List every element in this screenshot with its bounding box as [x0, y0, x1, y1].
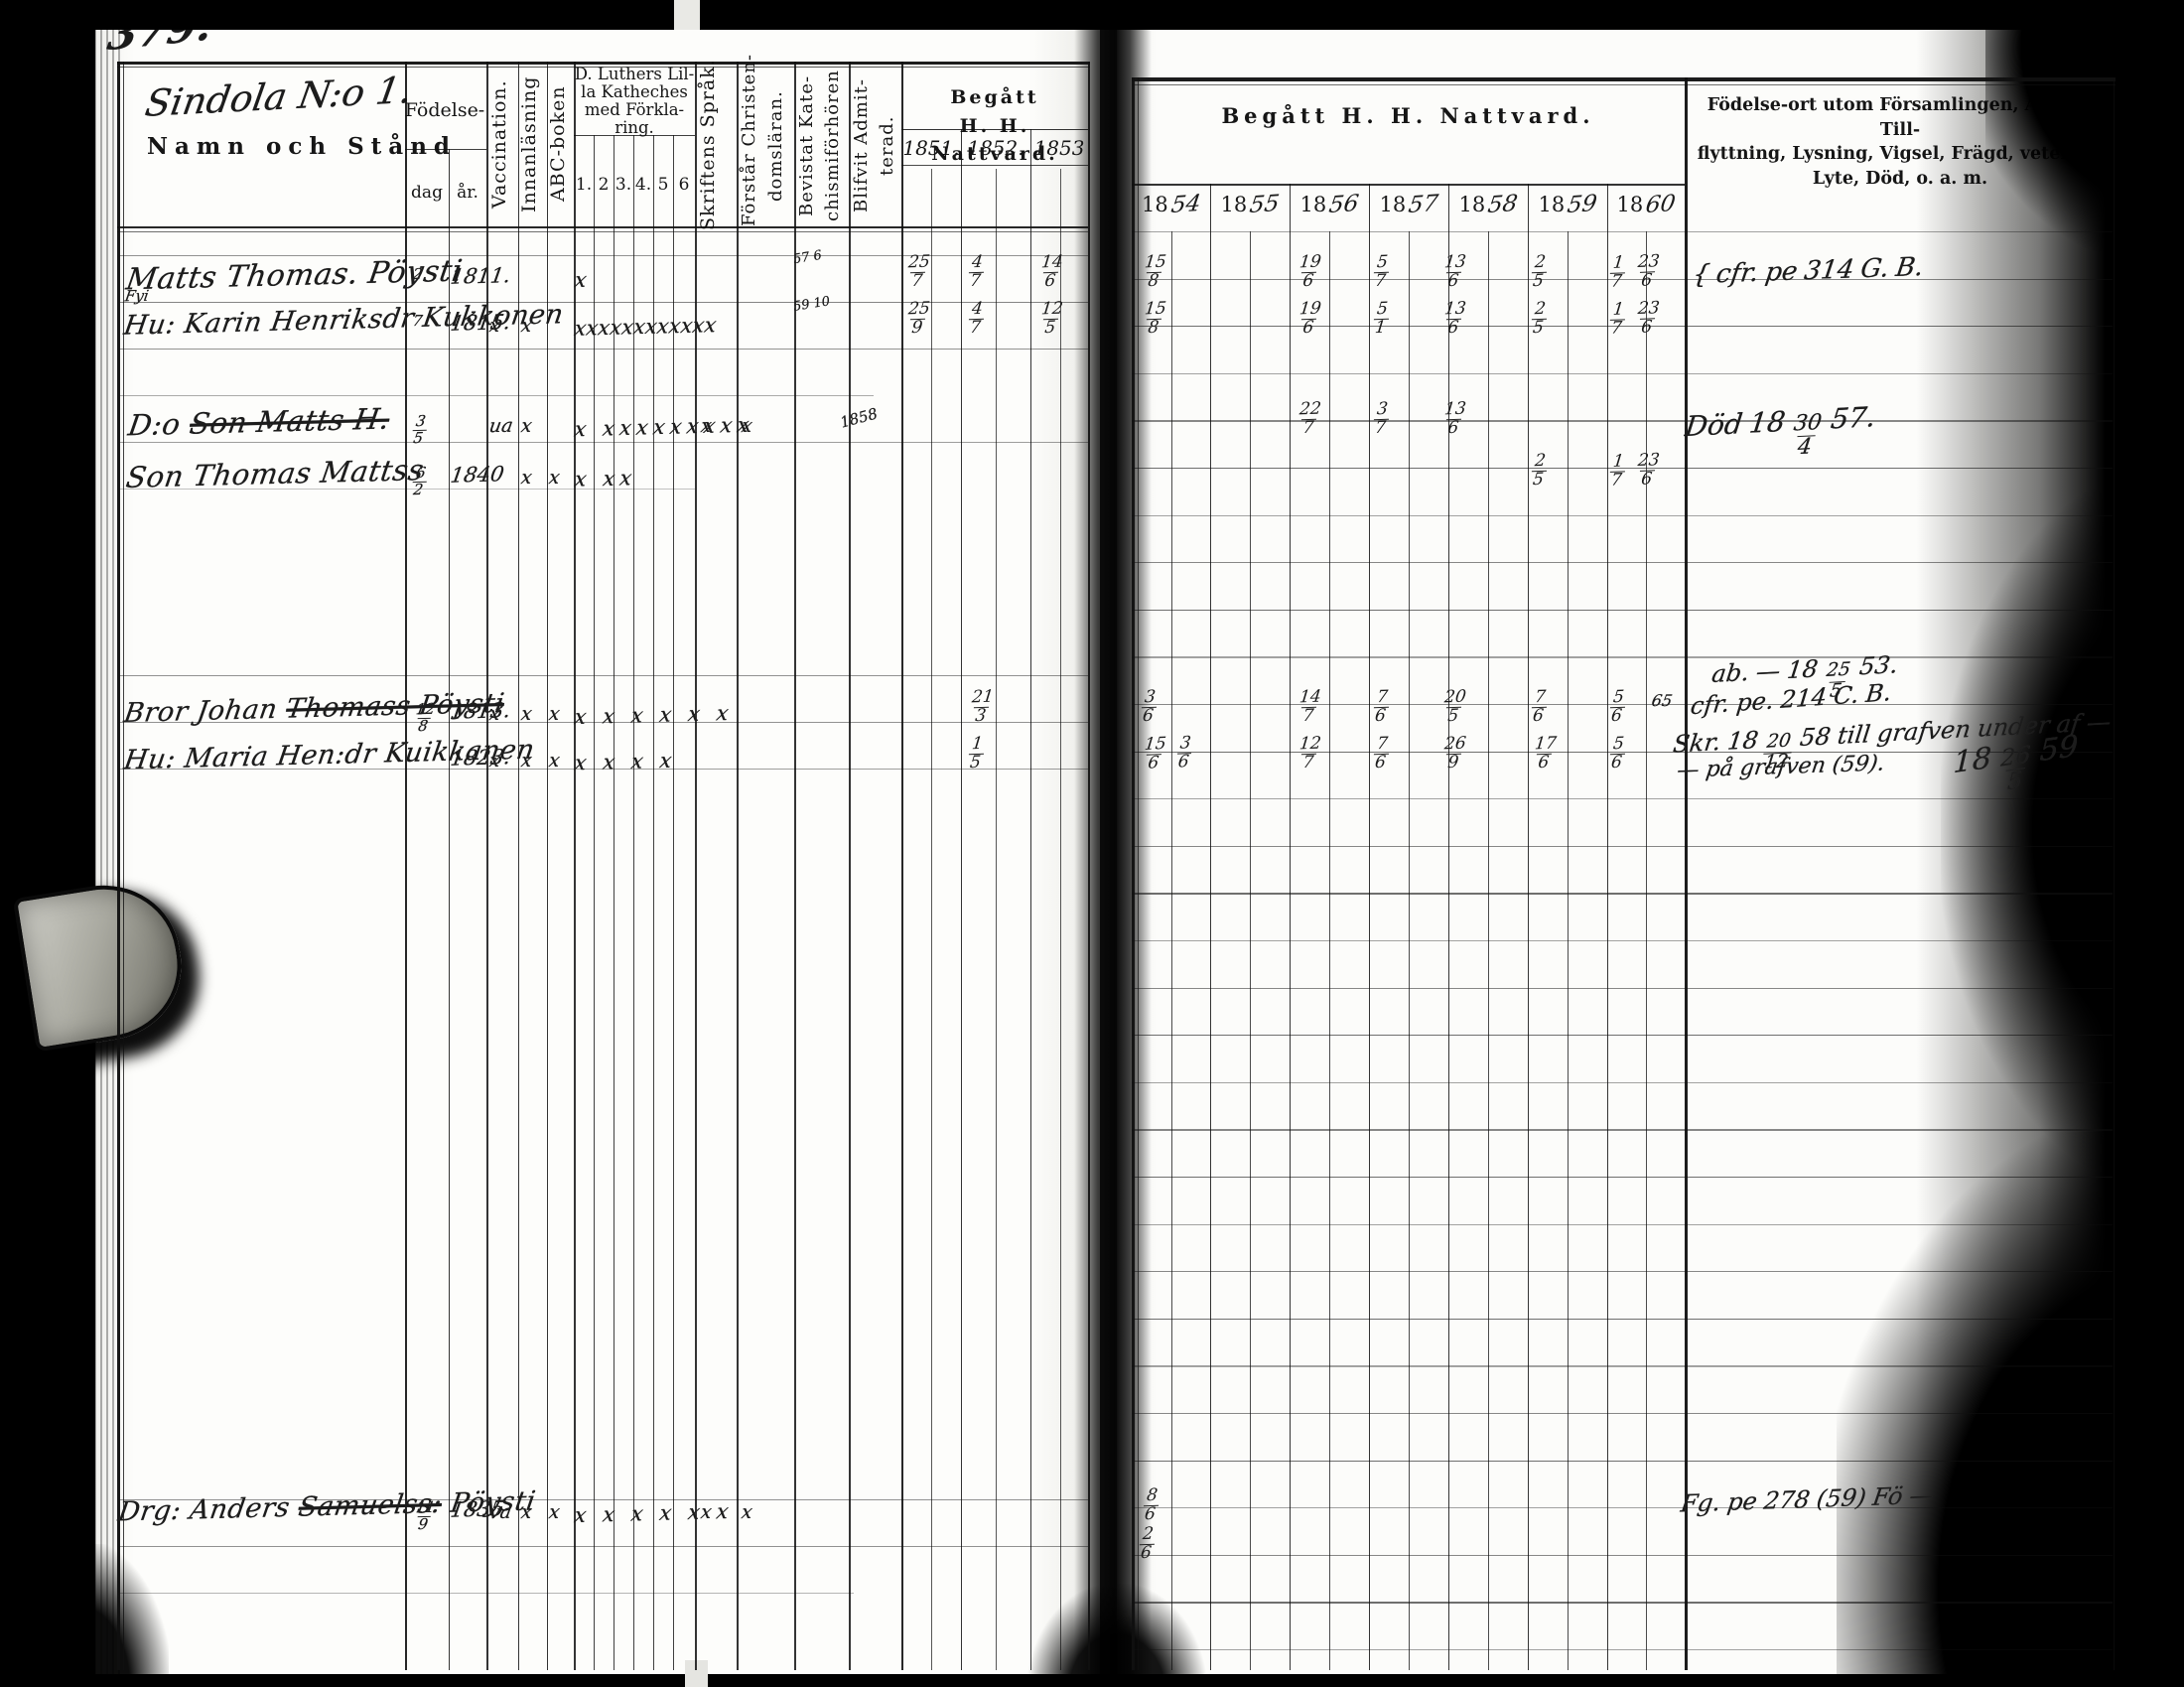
- communion-date-group: 213: [967, 689, 997, 726]
- date-fraction: 265: [1997, 743, 2033, 795]
- header-forstar-line2: domsläran.: [765, 66, 791, 226]
- header-namn-och-stand: Namn och Stånd: [147, 133, 457, 160]
- header-bevistat-line1: Bevistat Kate-: [796, 66, 823, 226]
- date-fraction: 136: [1439, 301, 1469, 338]
- communion-date: 136: [1439, 254, 1469, 291]
- grid-line-vertical: [594, 135, 595, 1670]
- date-fraction: 269: [1439, 736, 1469, 773]
- year-printed-prefix: 18: [1538, 193, 1565, 216]
- date-fraction: 176: [1530, 736, 1560, 773]
- mark-text: pe: [1763, 257, 1799, 288]
- mark-text: Fö: [1871, 1482, 1905, 1511]
- birth-year: 1815.: [449, 310, 512, 336]
- grid-line-horizontal: [119, 395, 874, 396]
- mark-text: 18: [1726, 726, 1760, 756]
- communion-date-group: 227: [1295, 401, 1324, 438]
- communion-date: 17236: [1608, 452, 1662, 490]
- grid-line-horizontal: [1132, 420, 2113, 421]
- header-fodelse: Födelse-: [403, 99, 486, 121]
- grid-line-horizontal: [901, 129, 1088, 130]
- mark-text: grafven: [1738, 754, 1827, 781]
- year-printed-prefix: 18: [1458, 193, 1485, 216]
- communion-date-group: 176: [1530, 736, 1560, 773]
- mark-text: 65: [1650, 691, 1674, 710]
- grid-line-horizontal: [1132, 940, 2113, 941]
- page-edge-sliver-bottom: [685, 1660, 708, 1687]
- grid-line-vertical: [614, 135, 614, 1670]
- communion-date-group: 259: [903, 301, 933, 338]
- catechism-marks: x x x x x x: [573, 1499, 736, 1527]
- grid-line-vertical: [117, 62, 120, 1670]
- year-handwritten-digits: 57: [1407, 191, 1439, 218]
- grid-line-horizontal: [1132, 1649, 2113, 1650]
- name-part: Bror Johan: [122, 694, 289, 729]
- mark-text: 59: [2039, 729, 2079, 769]
- header-fodelse-ar: år.: [449, 183, 486, 203]
- mark-text: cfr.: [1714, 258, 1761, 289]
- communion-date: 146: [1036, 254, 1066, 291]
- grid-line-horizontal: [119, 1593, 854, 1594]
- handwritten-name: D:o Son Matts H.: [126, 402, 392, 443]
- grid-line-vertical: [1369, 184, 1370, 1670]
- header-skriftens-sprak: Skriftens Språk.: [697, 64, 733, 230]
- date-fraction: 136: [1439, 254, 1469, 291]
- header-katekes-number: 3.: [614, 175, 633, 195]
- scan-border-top: [0, 0, 2184, 30]
- header-innanlasning: Innanläsning: [518, 64, 545, 224]
- date-fraction: 236: [1633, 253, 1663, 290]
- date-fraction: 119: [410, 1500, 438, 1533]
- grid-line-horizontal: [405, 149, 486, 150]
- year-handwritten-digits: 55: [1248, 191, 1281, 218]
- mark-text: till: [1836, 720, 1871, 750]
- header-forstar-line1: Förstår Christen-: [739, 66, 765, 226]
- grid-line-vertical: [1290, 184, 1291, 1670]
- grid-line-vertical: [1088, 62, 1090, 1670]
- grid-line-horizontal: [1132, 1507, 2113, 1508]
- date-fraction: 127: [1295, 736, 1324, 773]
- grid-line-vertical: [1568, 231, 1569, 1670]
- communion-date: 147: [1295, 689, 1324, 726]
- communion-date: 158: [1140, 301, 1169, 338]
- communion-date: 196: [1295, 254, 1324, 291]
- mark-text: —: [1676, 758, 1702, 783]
- grid-line-horizontal: [1132, 373, 2113, 374]
- mark-text: B.: [1894, 252, 1926, 283]
- header-blifvit-line2: terad.: [877, 66, 901, 226]
- date-fraction: 227: [1295, 401, 1324, 438]
- communion-date-group: 196: [1295, 254, 1324, 291]
- year-label-1860: 1860: [1608, 192, 1684, 217]
- date-fraction: 205: [1439, 689, 1469, 726]
- grid-line-vertical: [449, 149, 450, 1670]
- date-fraction: 257: [903, 254, 933, 291]
- year-handwritten-digits: 59: [1566, 191, 1598, 218]
- communion-date: 17236: [1608, 253, 1662, 291]
- date-fraction: 146: [1036, 254, 1066, 291]
- mark-text: 58: [1799, 722, 1833, 752]
- scan-border-bottom: [0, 1674, 2184, 1687]
- year-handwritten-digits: 58: [1486, 191, 1519, 218]
- grid-line-vertical: [653, 135, 654, 1670]
- mark-text: 57.: [1829, 400, 1877, 435]
- grid-line-vertical: [737, 62, 739, 1670]
- grid-line-horizontal: [1132, 988, 2113, 989]
- mark-text: 314: [1802, 255, 1855, 287]
- grid-line-vertical: [1250, 231, 1251, 1670]
- grid-line-horizontal: [1132, 1177, 2113, 1178]
- header-katekes-number: 1.: [574, 175, 594, 195]
- grid-line-vertical: [1528, 184, 1529, 1670]
- header-katekes-number: 6: [674, 175, 694, 195]
- header-blifvit-line1: Blifvit Admit-: [851, 66, 878, 226]
- date-fraction: 196: [1295, 301, 1324, 338]
- header-katekes-number: 5: [653, 175, 673, 195]
- mark-text: ab.: [1710, 658, 1751, 688]
- year-printed-prefix: 18: [1220, 193, 1247, 216]
- communion-date: 136: [1439, 301, 1469, 338]
- communion-date-group: 236: [1633, 253, 1663, 290]
- communion-date-group: 158: [1140, 254, 1169, 291]
- birth-year: 1813.: [449, 698, 512, 724]
- grid-line-horizontal: [1132, 84, 2116, 85]
- grid-line-vertical: [849, 62, 851, 1670]
- communion-date: 17236: [1608, 300, 1662, 338]
- date-fraction: 236: [1633, 300, 1663, 337]
- grid-line-horizontal: [1132, 656, 2113, 657]
- grid-line-vertical: [574, 62, 576, 1670]
- header-abc-boken: ABC-boken: [547, 64, 572, 224]
- grid-line-horizontal: [117, 67, 1090, 68]
- grid-line-horizontal: [1132, 893, 2113, 894]
- communion-date-group: 127: [1295, 736, 1324, 773]
- grid-line-horizontal: [1132, 1555, 2113, 1556]
- grid-line-horizontal: [1132, 184, 1685, 186]
- date-fraction: 128: [410, 702, 438, 735]
- grid-line-horizontal: [119, 675, 1088, 676]
- mark-text: cfr.: [1689, 690, 1730, 721]
- communion-date: 269: [1439, 736, 1469, 773]
- catechism-marks: x x x x: [573, 749, 678, 775]
- date-fraction: 304: [1788, 412, 1826, 459]
- grid-line-horizontal: [1132, 1319, 2113, 1320]
- grid-line-vertical: [1409, 231, 1410, 1670]
- corner-shadow-top-right: [1985, 28, 2184, 266]
- annotation-note: Död1830457.: [1681, 400, 1885, 465]
- communion-date-group: 147: [1295, 689, 1324, 726]
- vaccination-mark: ua: [487, 415, 514, 438]
- date-fraction: 147: [1295, 689, 1324, 726]
- communion-date-group: 17: [1608, 301, 1627, 337]
- header-bevistat-line2: chismiförhören: [822, 66, 847, 226]
- communion-date-group: 156: [1140, 736, 1169, 773]
- grid-line-horizontal: [1132, 1413, 2113, 1414]
- page-edge-sliver-top: [674, 0, 700, 30]
- grid-line-horizontal: [119, 442, 1088, 443]
- mark-text: pe: [1725, 1487, 1759, 1516]
- communion-date: 176: [1530, 736, 1560, 773]
- communion-date-group: 257: [903, 254, 933, 291]
- date-fraction: 158: [1140, 301, 1169, 338]
- communion-date: 127: [1295, 736, 1324, 773]
- vaccination-mark: va: [487, 1501, 512, 1524]
- grid-line-horizontal: [1132, 515, 2113, 516]
- grid-line-vertical: [961, 129, 962, 1670]
- communion-date-group: 236: [1633, 300, 1663, 337]
- grid-line-horizontal: [1132, 846, 2113, 847]
- grid-line-vertical: [1138, 77, 1139, 1670]
- grid-line-horizontal: [1132, 1271, 2113, 1272]
- birth-year: 1840: [449, 462, 505, 487]
- grid-line-horizontal: [117, 226, 1088, 228]
- year-printed-prefix: 18: [1616, 193, 1643, 216]
- mark-text: pe.: [1735, 686, 1776, 717]
- communion-date-group: 136: [1439, 254, 1469, 291]
- grid-line-vertical: [1171, 231, 1172, 1670]
- year-label-1852: 1852.: [961, 136, 1030, 160]
- mark-text: på: [1705, 757, 1735, 782]
- mark-text: Fg.: [1679, 1488, 1722, 1517]
- communion-date-group: 269: [1439, 736, 1469, 773]
- communion-date-group: 17: [1608, 254, 1627, 290]
- birth-year: 1823.: [449, 745, 512, 771]
- mark-text: 18: [1786, 655, 1820, 685]
- year-label-1857: 1857: [1371, 192, 1446, 217]
- date-fraction: 125: [1036, 301, 1066, 338]
- mark-text: G.: [1858, 253, 1891, 284]
- communion-date-group: 146: [1036, 254, 1066, 291]
- grid-line-vertical: [1685, 77, 1688, 1670]
- grid-line-vertical: [1329, 231, 1330, 1670]
- grid-line-horizontal: [119, 349, 1088, 350]
- grid-line-vertical: [931, 169, 932, 1670]
- grid-line-horizontal: [1132, 77, 2116, 81]
- mark-text: (59).: [1831, 752, 1886, 778]
- grid-line-horizontal: [119, 1546, 1088, 1547]
- communion-date: 158: [1140, 254, 1169, 291]
- communion-date: 196: [1295, 301, 1324, 338]
- mark-text: grafven: [1875, 715, 1972, 748]
- communion-date: 227: [1295, 401, 1324, 438]
- grid-line-horizontal: [119, 302, 1088, 303]
- year-label-1854: 1854: [1134, 192, 1209, 217]
- grid-line-horizontal: [1132, 231, 2113, 232]
- mark-text: —: [1754, 657, 1782, 686]
- communion-date: 125: [1036, 301, 1066, 338]
- communion-date: 205: [1439, 689, 1469, 726]
- year-handwritten-digits: 56: [1327, 191, 1360, 218]
- grid-line-vertical: [996, 169, 997, 1670]
- grid-line-horizontal: [1132, 1129, 2113, 1130]
- mark-text: —: [2085, 708, 2113, 737]
- grid-line-vertical: [1132, 77, 1135, 1670]
- grid-line-vertical: [1488, 231, 1489, 1670]
- name-part-struck: Son Matts H.: [188, 402, 392, 441]
- grid-line-vertical: [1060, 169, 1061, 1670]
- mark-text: (59): [1815, 1483, 1867, 1513]
- catechism-marks: x xx: [573, 466, 638, 492]
- grid-line-horizontal: [574, 135, 695, 136]
- date-fraction: 158: [1140, 254, 1169, 291]
- mark-text: 214: [1779, 683, 1828, 714]
- header-nattvard-right: Begått H. H. Nattvard.: [1132, 103, 1685, 128]
- date-fraction: 259: [903, 301, 933, 338]
- communion-date-group: 136: [1439, 401, 1469, 438]
- grid-line-vertical: [901, 62, 903, 1670]
- communion-date-group: 236: [1633, 452, 1663, 489]
- communion-date-group: 196: [1295, 301, 1324, 338]
- header-vaccination: Vaccination.: [488, 64, 516, 224]
- year-printed-prefix: 18: [1299, 193, 1326, 216]
- communion-date: 259: [903, 301, 933, 338]
- date-fraction: 136: [1439, 401, 1469, 438]
- year-label-1856: 1856: [1292, 192, 1367, 217]
- grid-line-horizontal: [1132, 1035, 2113, 1036]
- page-edge-texture: [94, 28, 124, 1676]
- scan-border-left: [0, 0, 95, 1687]
- grid-line-horizontal: [901, 165, 1088, 166]
- header-katekes-number: 4.: [633, 175, 653, 195]
- mark-text: Skr.: [1672, 728, 1722, 758]
- header-katekes: D. Luthers Lil- la Katheches med Förkla-…: [574, 66, 695, 138]
- book-gutter-shadow: [1074, 28, 1152, 1676]
- grid-line-vertical: [633, 135, 634, 1670]
- date-fraction: 196: [1295, 254, 1324, 291]
- grid-line-horizontal: [1132, 562, 2113, 563]
- grid-line-horizontal: [1132, 610, 2113, 611]
- row-margin-note: Fyi: [124, 287, 150, 306]
- header-fodelse-dag: dag: [405, 183, 449, 203]
- communion-date-group: 136: [1439, 301, 1469, 338]
- gutter-shadow-bottom: [1027, 1584, 1206, 1687]
- grid-line-horizontal: [1132, 1082, 2113, 1083]
- header-katekes-number: 2: [594, 175, 614, 195]
- mark-text: 53.: [1858, 650, 1900, 680]
- date-fraction: 17: [1608, 453, 1627, 489]
- mark-text: Död: [1684, 407, 1745, 443]
- corner-shadow-bottom-right: [1837, 1132, 2184, 1687]
- mark-text: B.: [1864, 678, 1892, 708]
- birth-year: 1811.: [449, 263, 512, 289]
- mark-text: C.: [1833, 681, 1860, 711]
- date-fraction: 156: [1140, 736, 1169, 773]
- catechism-marks: x x x x x x: [573, 701, 736, 729]
- grid-line-horizontal: [1132, 1365, 2113, 1366]
- communion-date-group: 158: [1140, 301, 1169, 338]
- catechism-marks: xxxxxxxxxxxx: [573, 313, 718, 341]
- grid-line-vertical: [2114, 77, 2115, 1670]
- grid-line-vertical: [1646, 231, 1647, 1670]
- name-part: Drg: Anders: [116, 1492, 301, 1528]
- communion-date: 15636: [1140, 735, 1193, 773]
- communion-date-group: 125: [1036, 301, 1066, 338]
- grid-line-horizontal: [119, 255, 1088, 256]
- grid-line-horizontal: [1132, 1602, 2113, 1603]
- year-label-1851: 1851.: [901, 136, 961, 160]
- communion-date: 213: [967, 689, 997, 726]
- grid-line-vertical: [695, 62, 697, 1670]
- scanned-parish-register: 379. Sindola N:o 1. Namn och Stånd Födel…: [0, 0, 2184, 1687]
- communion-date: 136: [1439, 401, 1469, 438]
- mark-text: 18: [1953, 741, 1992, 780]
- year-handwritten-digits: 54: [1169, 191, 1202, 218]
- year-label-1859: 1859: [1530, 192, 1605, 217]
- grid-line-horizontal: [117, 62, 1090, 65]
- grid-line-horizontal: [1132, 1224, 2113, 1225]
- grid-line-vertical: [1030, 129, 1031, 1670]
- year-label-1855: 1855: [1212, 192, 1288, 217]
- grid-line-vertical: [673, 135, 674, 1670]
- date-fraction: 17: [1608, 254, 1627, 290]
- year-printed-prefix: 18: [1142, 193, 1168, 216]
- catechism-marks: x xxxxxxxxx: [573, 413, 755, 442]
- name-part: D:o: [126, 407, 193, 443]
- mark-text: 18: [1747, 405, 1787, 440]
- mark-text: —: [1908, 1481, 1936, 1510]
- annotation-note: 65: [1650, 691, 1681, 710]
- grid-line-horizontal: [1132, 1461, 2113, 1462]
- date-fraction: 236: [1633, 452, 1663, 489]
- date-fraction: 213: [967, 689, 997, 726]
- grid-line-horizontal: [117, 231, 1088, 232]
- mark-text: 278: [1762, 1485, 1812, 1515]
- year-label-1858: 1858: [1450, 192, 1526, 217]
- grid-line-vertical: [1607, 184, 1608, 1670]
- mark-text: {: [1691, 260, 1711, 291]
- year-printed-prefix: 18: [1379, 193, 1406, 216]
- communion-date: 257: [903, 254, 933, 291]
- year-handwritten-digits: 60: [1644, 191, 1677, 218]
- communion-date-group: 205: [1439, 689, 1469, 726]
- communion-date-group: 17: [1608, 453, 1627, 489]
- date-fraction: 17: [1608, 301, 1627, 337]
- grid-line-vertical: [1210, 184, 1211, 1670]
